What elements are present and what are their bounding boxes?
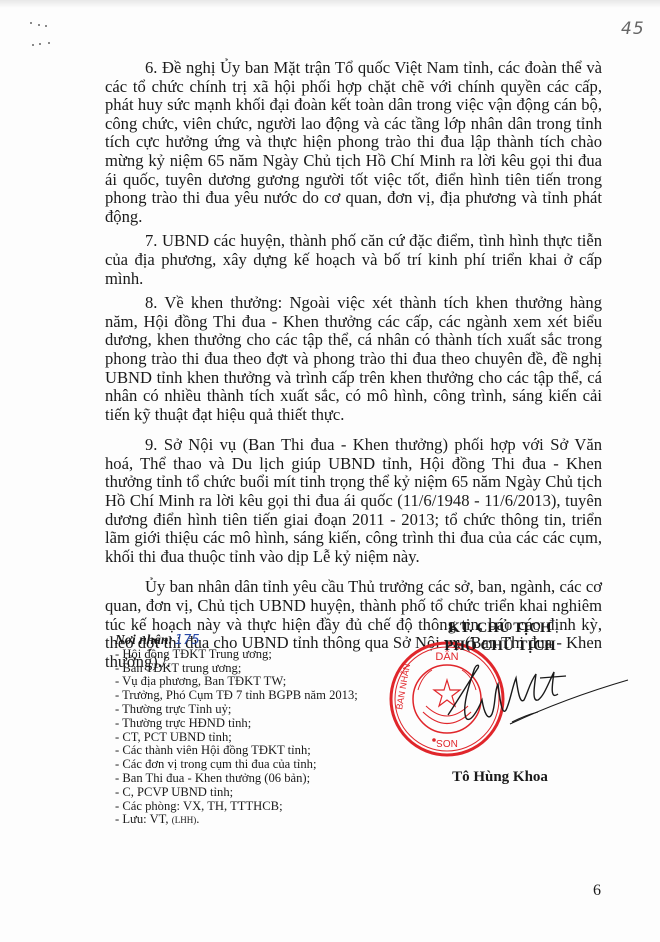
scan-edge-shadow <box>0 0 660 8</box>
archive-end: . <box>196 812 199 826</box>
paragraph-9: 9. Sở Nội vụ (Ban Thi đua - Khen thưởng)… <box>105 436 602 566</box>
recipient-item: - Ban TĐKT trung ương; <box>115 662 375 676</box>
handwritten-page-mark: 45 <box>621 19 645 39</box>
svg-text:NOS: NOS <box>436 737 458 748</box>
recipient-item: - Thường trực HĐND tỉnh; <box>115 717 375 731</box>
recipient-item: - Hội đồng TĐKT Trung ương; <box>115 648 375 662</box>
handwritten-copy-count: 175 <box>175 633 200 648</box>
recipient-item: - Vụ địa phương, Ban TĐKT TW; <box>115 675 375 689</box>
paragraph-6: 6. Đề nghị Ủy ban Mặt trận Tổ quốc Việt … <box>105 59 602 226</box>
signature-title-2: PHÓ CHỦ TỊCH <box>380 637 620 655</box>
recipients-title: Nơi nhận: <box>115 632 173 647</box>
recipient-item-archive: - Lưu: VT, (LHH). <box>115 813 375 828</box>
signature-title-1: KT. CHỦ TỊCH <box>380 619 620 637</box>
recipient-item: - C, PCVP UBND tỉnh; <box>115 786 375 800</box>
page-number: 6 <box>593 882 601 900</box>
recipient-item: - Thường trực Tỉnh uỷ; <box>115 703 375 717</box>
paragraph-8: 8. Về khen thưởng: Ngoài việc xét thành … <box>105 294 602 424</box>
recipient-item: - Ban Thi đua - Khen thưởng (06 bản); <box>115 772 375 786</box>
archive-label: - Lưu: VT, <box>115 812 172 826</box>
recipients-header: Nơi nhận:175 <box>115 633 375 648</box>
archive-initials: (LHH) <box>172 815 197 825</box>
recipient-item: - Trưởng, Phó Cụm TĐ 7 tỉnh BGPB năm 201… <box>115 689 375 703</box>
document-body: 6. Đề nghị Ủy ban Mặt trận Tổ quốc Việt … <box>105 59 602 671</box>
handwritten-signature-icon <box>440 660 630 730</box>
recipient-item: - Các đơn vị trong cụm thi đua của tỉnh; <box>115 758 375 772</box>
recipients-list: Nơi nhận:175 - Hội đồng TĐKT Trung ương;… <box>115 633 375 828</box>
signature-block: KT. CHỦ TỊCH PHÓ CHỦ TỊCH Tô Hùng Khoa <box>380 619 620 655</box>
signer-name: Tô Hùng Khoa <box>380 769 620 786</box>
recipient-item: - Các thành viên Hội đồng TĐKT tỉnh; <box>115 744 375 758</box>
recipient-item: - CT, PCT UBND tỉnh; <box>115 731 375 745</box>
scan-specks <box>30 22 70 52</box>
document-page: 45 6. Đề nghị Ủy ban Mặt trận Tổ quốc Vi… <box>0 0 660 942</box>
recipient-item: - Các phòng: VX, TH, TTTHCB; <box>115 800 375 814</box>
paragraph-7: 7. UBND các huyện, thành phố căn cứ đặc … <box>105 232 602 288</box>
